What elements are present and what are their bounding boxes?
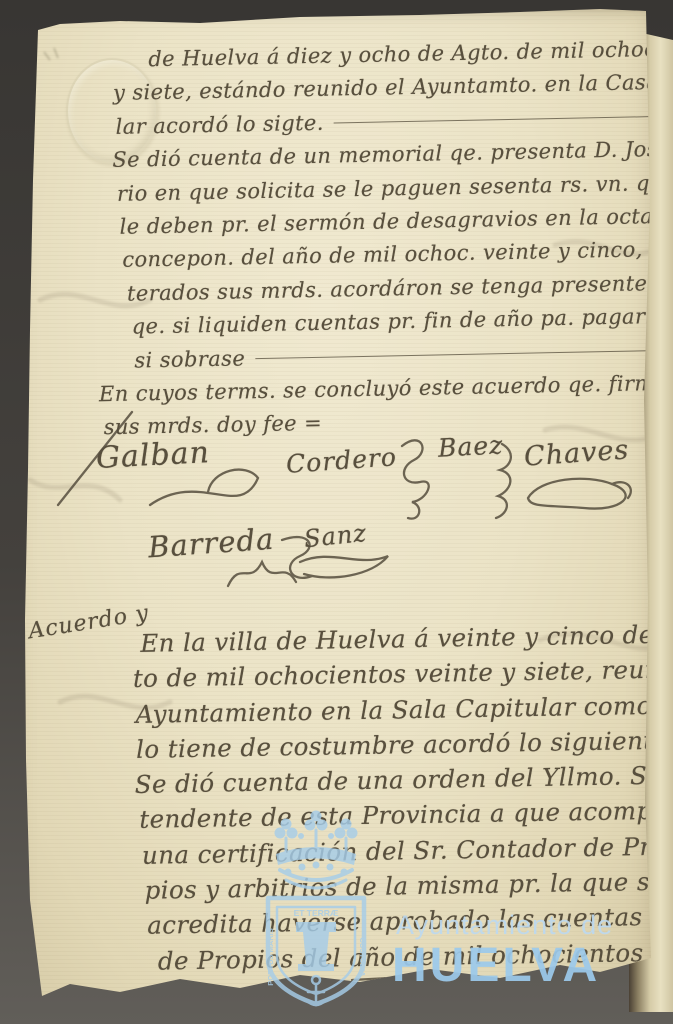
watermark-org-name: Ayuntamiento de bbox=[396, 910, 613, 941]
motto-right: CUSTODIA bbox=[358, 937, 367, 977]
motto-left: PORTUS MARIS bbox=[266, 928, 275, 986]
manuscript-scan: de Huelva á diez y ocho de Agto. de mil … bbox=[0, 0, 673, 1024]
crown-icon bbox=[275, 811, 358, 889]
watermark-city-name: HUELVA bbox=[392, 938, 600, 993]
motto-top: ET TERRÆ bbox=[294, 908, 339, 918]
